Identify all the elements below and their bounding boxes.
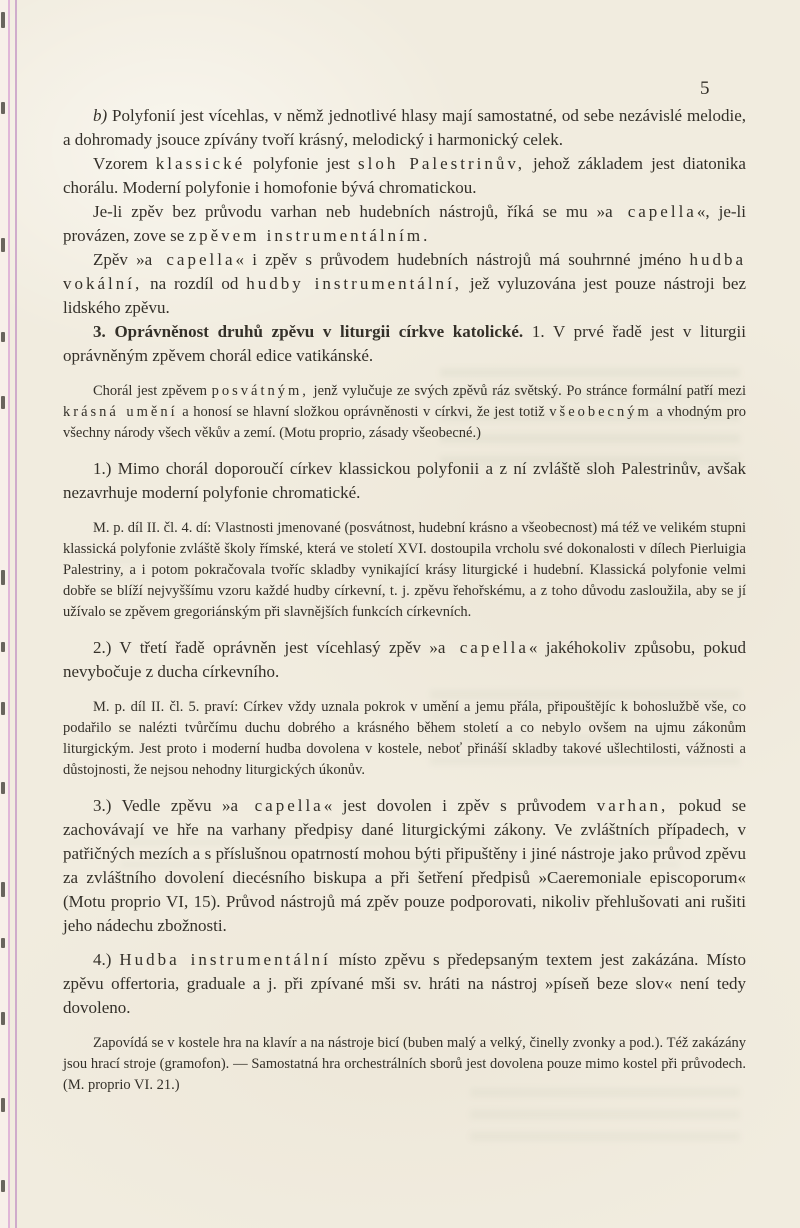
paragraph: Zapovídá se v kostele hra na klavír a na… [63,1033,746,1096]
text-segment: a capella [231,796,324,815]
text-segment: Zapovídá se v kostele hra na klavír a na… [63,1035,746,1093]
paragraph: Je-li zpěv bez průvodu varhan neb hudebn… [63,200,746,248]
paragraph: 2.) V třetí řadě oprávněn jest vícehlasý… [63,636,746,684]
text-segment: klassické [156,154,245,173]
binding-mark [1,702,5,715]
text-segment: krásná umění [63,404,178,420]
binding-mark [1,332,5,342]
text-segment: b) [93,106,107,125]
text-segment: . [423,226,427,245]
text-segment: všeobecným [549,404,651,420]
text-segment: hudby instrumentální, [246,274,462,293]
binding-mark [1,1012,5,1025]
text-segment: a capella [145,250,236,269]
scanned-book-page: 5 b) Polyfonií jest vícehlas, v němž jed… [0,0,800,1228]
paragraph: Zpěv »a capella« i zpěv s průvodem hudeb… [63,248,746,320]
paragraph: 3. Oprávněnost druhů zpěvu v liturgii cí… [63,320,746,368]
paragraph: M. p. díl II. čl. 4. dí: Vlastnosti jmen… [63,518,746,623]
text-segment: « jest dovolen i zpěv s průvodem [324,796,597,815]
text-block: b) Polyfonií jest vícehlas, v němž jedno… [63,104,746,1109]
binding-mark [1,102,5,114]
text-segment: a capella [605,202,697,221]
text-segment: posvátným, [212,383,309,399]
paragraph: 3.) Vedle zpěvu »a capella« jest dovolen… [63,794,746,938]
binding-mark [1,570,5,585]
binding-mark [1,1180,5,1192]
scan-edge-line-inner [15,0,17,1228]
paragraph: Vzorem klassické polyfonie jest sloh Pal… [63,152,746,200]
text-segment: sloh Palestrinův, [358,154,525,173]
text-segment: « i zpěv s průvodem hudebních nástrojů m… [236,250,690,269]
paragraph: 1.) Mimo chorál doporoučí církev klassic… [63,457,746,505]
text-segment: pokud se zachovávají ve hře na varhany p… [63,796,746,935]
text-segment: Hudba instrumentální [119,950,330,969]
text-segment: zpěvem instrumentálním [189,226,424,245]
text-segment: polyfonie jest [245,154,358,173]
paragraph: Chorál jest zpěvem posvátným, jenž vyluč… [63,381,746,444]
text-segment: M. p. díl II. čl. 4. dí: Vlastnosti jmen… [63,520,746,620]
text-segment: 3.) Vedle zpěvu » [93,796,231,815]
text-segment: M. p. díl II. čl. 5. praví: Církev vždy … [63,699,746,778]
text-segment: Chorál jest zpěvem [93,383,212,399]
text-segment: 1.) Mimo chorál doporoučí církev klassic… [63,459,746,502]
paragraph: b) Polyfonií jest vícehlas, v němž jedno… [63,104,746,152]
binding-mark [1,782,5,794]
text-segment: 4.) [93,950,119,969]
text-segment: a capella [438,638,529,657]
text-segment: a honosí se hlavní složkou oprávněnosti … [178,404,550,420]
binding-mark [1,642,5,652]
binding-mark [1,396,5,409]
text-segment: Zpěv » [93,250,145,269]
text-segment: Vzorem [93,154,156,173]
paragraph: 4.) Hudba instrumentální místo zpěvu s p… [63,948,746,1020]
text-segment: Je-li zpěv bez průvodu varhan neb hudebn… [93,202,605,221]
binding-mark [1,12,5,28]
text-segment: varhan, [597,796,669,815]
binding-mark [1,1098,5,1112]
text-segment: jenž vylučuje ze svých zpěvů ráz světský… [309,383,746,399]
page-number: 5 [700,78,711,100]
paragraph: M. p. díl II. čl. 5. praví: Církev vždy … [63,697,746,781]
text-segment: na rozdíl od [142,274,246,293]
binding-mark [1,882,5,897]
text-segment: Polyfonií jest vícehlas, v němž jednotli… [63,106,746,149]
scan-edge-line-outer [8,0,10,1228]
binding-mark [1,938,5,948]
text-segment: 2.) V třetí řadě oprávněn jest vícehlasý… [93,638,438,657]
text-segment: 3. Oprávněnost druhů zpěvu v liturgii cí… [93,322,523,341]
binding-mark [1,238,5,252]
